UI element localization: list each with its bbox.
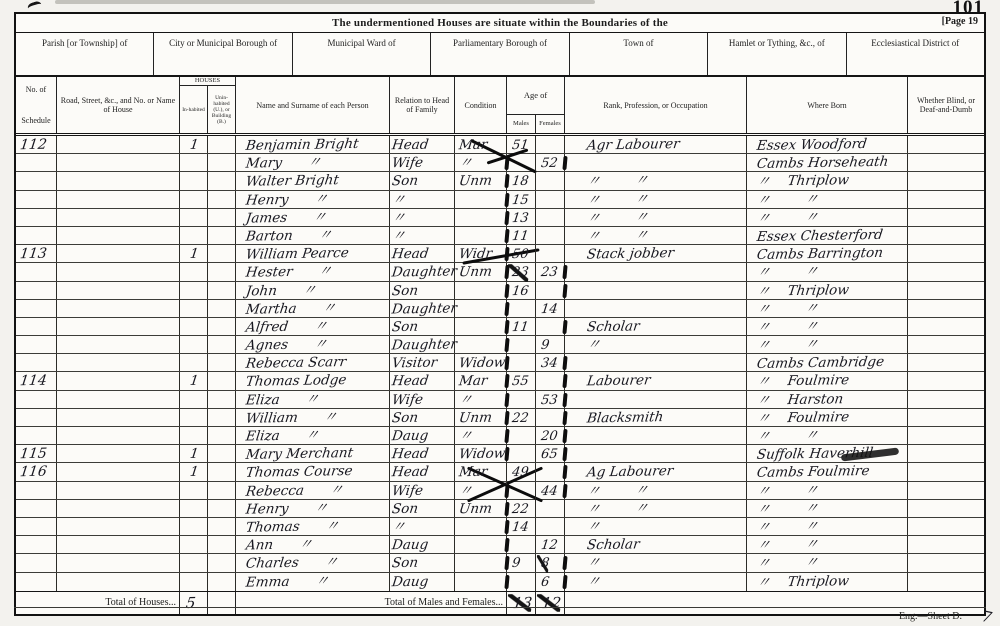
relation: Head: [390, 372, 455, 389]
person-name: Alfred 〃: [236, 318, 390, 335]
houses-inhabited: [180, 227, 208, 244]
houses-uninhabited: [208, 154, 236, 171]
occupation: 〃 〃: [565, 209, 747, 226]
houses-inhabited: [180, 263, 208, 280]
where-born: Essex Woodford: [747, 136, 908, 153]
occupation: Ag Labourer: [565, 463, 747, 480]
col-name: Name and Surname of each Person: [236, 77, 390, 133]
where-born: Cambs Foulmire: [747, 463, 908, 480]
age-male: [507, 336, 536, 353]
age-male: 9: [507, 554, 536, 571]
where-born: 〃 Foulmire: [747, 372, 908, 389]
age-male: [507, 154, 536, 171]
houses-uninhabited: [208, 554, 236, 571]
table-row: Ann 〃 Daug 12 Scholar 〃 〃: [16, 536, 984, 554]
disability: [908, 172, 984, 189]
road-street: [57, 463, 180, 480]
schedule-number: 112: [16, 136, 57, 153]
houses-uninhabited: [208, 282, 236, 299]
table-row: Rebecca 〃 Wife 〃 44 〃 〃 〃 〃: [16, 482, 984, 500]
schedule-number: [16, 263, 57, 280]
person-name: Eliza 〃: [236, 391, 390, 408]
houses-uninhabited: [208, 500, 236, 517]
person-name: Eliza 〃: [236, 427, 390, 444]
road-street: [57, 136, 180, 153]
houses-uninhabited: [208, 409, 236, 426]
road-street: [57, 300, 180, 317]
table-row: Mary 〃 Wife 〃 52 Cambs Horseheath: [16, 154, 984, 172]
houses-uninhabited: [208, 318, 236, 335]
houses-uninhabited: [208, 573, 236, 591]
relation: Daughter: [390, 300, 455, 317]
schedule-number: 115: [16, 445, 57, 462]
disability: [908, 263, 984, 280]
age-male: [507, 354, 536, 371]
occupation: [565, 445, 747, 462]
road-street: [57, 191, 180, 208]
age-female: 14: [536, 300, 565, 317]
table-body: 112 1 Benjamin Bright Head Mar 51 Agr La…: [16, 136, 984, 591]
disability: [908, 318, 984, 335]
disability: [908, 245, 984, 262]
person-name: Ann 〃: [236, 536, 390, 553]
disability: [908, 354, 984, 371]
road-street: [57, 263, 180, 280]
schedule-number: [16, 391, 57, 408]
person-name: Rebecca 〃: [236, 482, 390, 499]
age-male: 15: [507, 191, 536, 208]
age-male: [507, 482, 536, 499]
schedule-number: [16, 354, 57, 371]
age-male: 49: [507, 463, 536, 480]
person-name: Henry 〃: [236, 500, 390, 517]
houses-uninhabited: [208, 136, 236, 153]
houses-inhabited: [180, 500, 208, 517]
where-born: 〃 Thriplow: [747, 282, 908, 299]
disability: [908, 300, 984, 317]
table-row: Henry 〃 〃 15 〃 〃 〃 〃: [16, 191, 984, 209]
occupation: 〃 〃: [565, 172, 747, 189]
disability: [908, 536, 984, 553]
occupation: Labourer: [565, 372, 747, 389]
relation: Daughter: [390, 336, 455, 353]
road-street: [57, 409, 180, 426]
age-female: [536, 191, 565, 208]
table-row: 115 1 Mary Merchant Head Widow 65 Suffol…: [16, 445, 984, 463]
age-female: [536, 518, 565, 535]
where-born: 〃 〃: [747, 554, 908, 571]
schedule-number: 116: [16, 463, 57, 480]
houses-uninhabited: [208, 372, 236, 389]
houses-uninhabited: [208, 482, 236, 499]
where-born: Suffolk Haverhill: [747, 445, 908, 462]
houses-inhabited: [180, 191, 208, 208]
table-row: Walter Bright Son Unm 18 〃 〃 〃 Thriplow: [16, 172, 984, 190]
header-parish: Parish [or Township] of: [16, 33, 154, 75]
occupation: [565, 427, 747, 444]
occupation: 〃: [565, 573, 747, 591]
header-parliamentary-borough: Parliamentary Borough of: [431, 33, 569, 75]
schedule-number: [16, 518, 57, 535]
col-where-born: Where Born: [747, 77, 908, 133]
person-name: Emma 〃: [236, 573, 390, 591]
person-name: James 〃: [236, 209, 390, 226]
relation: Head: [390, 463, 455, 480]
age-male: 14: [507, 518, 536, 535]
houses-uninhabited: [208, 191, 236, 208]
age-female: 12: [536, 536, 565, 553]
person-name: William Pearce: [236, 245, 390, 262]
age-female: 20: [536, 427, 565, 444]
total-females-value: 12: [536, 592, 565, 614]
houses-inhabited: [180, 209, 208, 226]
condition: Widr: [455, 245, 507, 262]
houses-inhabited: 1: [180, 245, 208, 262]
disability: [908, 154, 984, 171]
disability: [908, 445, 984, 462]
condition: 〃: [455, 154, 507, 171]
houses-uninhabited: [208, 227, 236, 244]
condition: [455, 282, 507, 299]
disability: [908, 573, 984, 591]
occupation: 〃 〃: [565, 500, 747, 517]
person-name: Barton 〃: [236, 227, 390, 244]
where-born: 〃 〃: [747, 482, 908, 499]
occupation: 〃: [565, 336, 747, 353]
person-name: Walter Bright: [236, 172, 390, 189]
age-female: 52: [536, 154, 565, 171]
relation: Wife: [390, 482, 455, 499]
schedule-number: [16, 336, 57, 353]
condition: Mar: [455, 463, 507, 480]
header-municipal-ward: Municipal Ward of: [293, 33, 431, 75]
age-female: 34: [536, 354, 565, 371]
houses-inhabited: [180, 573, 208, 591]
road-street: [57, 445, 180, 462]
table-row: James 〃 〃 13 〃 〃 〃 〃: [16, 209, 984, 227]
condition: [455, 318, 507, 335]
person-name: Mary 〃: [236, 154, 390, 171]
table-row: 114 1 Thomas Lodge Head Mar 55 Labourer …: [16, 372, 984, 390]
houses-uninhabited: [208, 263, 236, 280]
relation: Wife: [390, 154, 455, 171]
schedule-number: [16, 554, 57, 571]
road-street: [57, 354, 180, 371]
relation: Head: [390, 245, 455, 262]
road-street: [57, 209, 180, 226]
occupation: [565, 300, 747, 317]
houses-uninhabited: [208, 354, 236, 371]
age-female: [536, 227, 565, 244]
occupation: Agr Labourer: [565, 136, 747, 153]
schedule-number: [16, 154, 57, 171]
relation: Son: [390, 318, 455, 335]
person-name: Thomas 〃: [236, 518, 390, 535]
condition: [455, 518, 507, 535]
col-occupation: Rank, Profession, or Occupation: [565, 77, 747, 133]
road-street: [57, 172, 180, 189]
houses-inhabited: [180, 391, 208, 408]
occupation: [565, 354, 747, 371]
disability: [908, 391, 984, 408]
age-female: 23: [536, 263, 565, 280]
road-street: [57, 518, 180, 535]
col-condition: Condition: [455, 77, 507, 133]
disability: [908, 227, 984, 244]
col-road: Road, Street, &c., and No. or Name of Ho…: [57, 77, 180, 133]
occupation: 〃: [565, 518, 747, 535]
schedule-number: 114: [16, 372, 57, 389]
condition: 〃: [455, 391, 507, 408]
disability: [908, 482, 984, 499]
houses-inhabited: 1: [180, 372, 208, 389]
occupation: [565, 391, 747, 408]
sheet-designation: Eng.—Sheet D.: [899, 611, 962, 622]
col-inhabited: In-habited: [180, 86, 208, 133]
condition: [455, 336, 507, 353]
road-street: [57, 427, 180, 444]
condition: Mar: [455, 372, 507, 389]
road-street: [57, 336, 180, 353]
age-female: [536, 245, 565, 262]
relation: Daughter: [390, 263, 455, 280]
relation: Daug: [390, 573, 455, 591]
location-header-band: Parish [or Township] of City or Municipa…: [16, 33, 984, 77]
age-male: 22: [507, 409, 536, 426]
sheet-bottom-rule: [14, 607, 986, 608]
schedule-number: [16, 227, 57, 244]
houses-uninhabited: [208, 445, 236, 462]
col-schedule: No. of Schedule: [16, 77, 57, 133]
condition: Widow: [455, 354, 507, 371]
table-row: Eliza 〃 Wife 〃 53 〃 Harston: [16, 391, 984, 409]
age-female: 8: [536, 554, 565, 571]
schedule-number: [16, 172, 57, 189]
condition: [455, 227, 507, 244]
age-female: [536, 282, 565, 299]
road-street: [57, 500, 180, 517]
person-name: Henry 〃: [236, 191, 390, 208]
total-houses-label: Total of Houses...: [16, 592, 180, 614]
road-street: [57, 227, 180, 244]
schedule-number: [16, 209, 57, 226]
age-female: [536, 172, 565, 189]
road-street: [57, 245, 180, 262]
title-band: The undermentioned Houses are situate wi…: [16, 14, 984, 33]
houses-inhabited: [180, 427, 208, 444]
totals-row: Total of Houses... 5 Total of Males and …: [16, 591, 984, 614]
disability: [908, 500, 984, 517]
disability: [908, 209, 984, 226]
age-male: 18: [507, 172, 536, 189]
houses-uninhabited: [208, 463, 236, 480]
road-street: [57, 154, 180, 171]
table-row: 116 1 Thomas Course Head Mar 49 Ag Labou…: [16, 463, 984, 481]
houses-uninhabited: [208, 172, 236, 189]
person-name: Benjamin Bright: [236, 136, 390, 153]
disability: [908, 554, 984, 571]
age-male: 13: [507, 209, 536, 226]
occupation: 〃: [565, 554, 747, 571]
occupation: 〃 〃: [565, 191, 747, 208]
total-houses-value: 5: [180, 592, 208, 614]
houses-inhabited: [180, 409, 208, 426]
where-born: 〃 〃: [747, 191, 908, 208]
table-row: Henry 〃 Son Unm 22 〃 〃 〃 〃: [16, 500, 984, 518]
where-born: 〃 〃: [747, 500, 908, 517]
condition: Mar: [455, 136, 507, 153]
disability: [908, 336, 984, 353]
age-male: [507, 573, 536, 591]
table-row: Hester 〃 Daughter Unm 23 23 〃 〃: [16, 263, 984, 281]
road-street: [57, 482, 180, 499]
person-name: Rebecca Scarr: [236, 354, 390, 371]
table-row: Alfred 〃 Son 11 Scholar 〃 〃: [16, 318, 984, 336]
schedule-number: [16, 318, 57, 335]
where-born: 〃 〃: [747, 209, 908, 226]
col-houses-group: HOUSES In-habited Unin-habited (U.), or …: [180, 77, 236, 133]
header-town: Town of: [570, 33, 708, 75]
occupation: [565, 154, 747, 171]
header-ecclesiastical-district: Ecclesiastical District of: [847, 33, 984, 75]
relation: 〃: [390, 191, 455, 208]
occupation: [565, 282, 747, 299]
age-female: [536, 463, 565, 480]
schedule-number: [16, 500, 57, 517]
where-born: 〃 〃: [747, 318, 908, 335]
houses-uninhabited: [208, 427, 236, 444]
condition: Unm: [455, 172, 507, 189]
age-male: 23: [507, 263, 536, 280]
table-row: 113 1 William Pearce Head Widr 50 Stack …: [16, 245, 984, 263]
table-row: Charles 〃 Son 9 8 〃 〃 〃: [16, 554, 984, 572]
where-born: 〃 〃: [747, 263, 908, 280]
person-name: Mary Merchant: [236, 445, 390, 462]
census-sheet: The undermentioned Houses are situate wi…: [14, 12, 986, 616]
houses-inhabited: [180, 300, 208, 317]
relation: Daug: [390, 427, 455, 444]
age-female: [536, 409, 565, 426]
col-age-males: Males: [507, 115, 536, 133]
houses-uninhabited: [208, 336, 236, 353]
age-female: [536, 136, 565, 153]
disability: [908, 409, 984, 426]
header-municipal-borough: City or Municipal Borough of: [154, 33, 292, 75]
person-name: Thomas Course: [236, 463, 390, 480]
relation: Visitor: [390, 354, 455, 371]
houses-inhabited: [180, 154, 208, 171]
relation: 〃: [390, 518, 455, 535]
relation: 〃: [390, 227, 455, 244]
person-name: Agnes 〃: [236, 336, 390, 353]
condition: 〃: [455, 482, 507, 499]
age-male: 22: [507, 500, 536, 517]
relation: Wife: [390, 391, 455, 408]
condition: Widow: [455, 445, 507, 462]
table-row: Emma 〃 Daug 6 〃 〃 Thriplow: [16, 573, 984, 591]
relation: Son: [390, 172, 455, 189]
person-name: William 〃: [236, 409, 390, 426]
where-born: 〃 Thriplow: [747, 172, 908, 189]
schedule-number: [16, 536, 57, 553]
col-houses-label: HOUSES: [180, 77, 235, 86]
occupation: 〃 〃: [565, 482, 747, 499]
age-male: [507, 536, 536, 553]
disability: [908, 191, 984, 208]
schedule-number: [16, 409, 57, 426]
houses-inhabited: [180, 536, 208, 553]
occupation: Scholar: [565, 536, 747, 553]
age-male: [507, 300, 536, 317]
age-male: 11: [507, 318, 536, 335]
age-female: [536, 209, 565, 226]
column-header-row: No. of Schedule Road, Street, &c., and N…: [16, 77, 984, 136]
houses-inhabited: 1: [180, 136, 208, 153]
page-label: [Page 19: [942, 16, 978, 27]
total-males-females-label: Total of Males and Females...: [236, 592, 507, 614]
houses-uninhabited: [208, 245, 236, 262]
road-street: [57, 391, 180, 408]
age-male: [507, 391, 536, 408]
age-female: 53: [536, 391, 565, 408]
col-age-label: Age of: [507, 77, 564, 115]
footer-pen-mark: 7: [981, 607, 994, 626]
person-name: Hester 〃: [236, 263, 390, 280]
road-street: [57, 554, 180, 571]
table-row: Barton 〃 〃 11 〃 〃 Essex Chesterford: [16, 227, 984, 245]
occupation: [565, 263, 747, 280]
occupation: Stack jobber: [565, 245, 747, 262]
age-male: 16: [507, 282, 536, 299]
total-males-value: 13: [507, 592, 536, 614]
condition: 〃: [455, 427, 507, 444]
houses-uninhabited: [208, 209, 236, 226]
condition: [455, 573, 507, 591]
road-street: [57, 318, 180, 335]
where-born: 〃 〃: [747, 336, 908, 353]
houses-inhabited: 1: [180, 445, 208, 462]
schedule-number: [16, 427, 57, 444]
sheet-title: The undermentioned Houses are situate wi…: [332, 17, 668, 29]
table-row: Rebecca Scarr Visitor Widow 34 Cambs Cam…: [16, 354, 984, 372]
table-row: Martha 〃 Daughter 14 〃 〃: [16, 300, 984, 318]
condition: [455, 554, 507, 571]
relation: Daug: [390, 536, 455, 553]
age-female: 65: [536, 445, 565, 462]
where-born: 〃 〃: [747, 427, 908, 444]
houses-inhabited: [180, 172, 208, 189]
houses-uninhabited: [208, 300, 236, 317]
header-hamlet: Hamlet or Tything, &c., of: [708, 33, 846, 75]
table-row: John 〃 Son 16 〃 Thriplow: [16, 282, 984, 300]
disability: [908, 427, 984, 444]
table-row: Eliza 〃 Daug 〃 20 〃 〃: [16, 427, 984, 445]
table-row: William 〃 Son Unm 22 Blacksmith 〃 Foulmi…: [16, 409, 984, 427]
age-male: [507, 445, 536, 462]
table-row: Agnes 〃 Daughter 9 〃 〃 〃: [16, 336, 984, 354]
where-born: 〃 Harston: [747, 391, 908, 408]
houses-inhabited: [180, 354, 208, 371]
col-disability: Whether Blind, or Deaf-and-Dumb: [908, 77, 984, 133]
totals-gap: [208, 592, 236, 614]
age-male: 55: [507, 372, 536, 389]
occupation: Blacksmith: [565, 409, 747, 426]
age-male: [507, 427, 536, 444]
schedule-number: [16, 300, 57, 317]
houses-inhabited: 1: [180, 463, 208, 480]
schedule-number: [16, 191, 57, 208]
condition: [455, 191, 507, 208]
